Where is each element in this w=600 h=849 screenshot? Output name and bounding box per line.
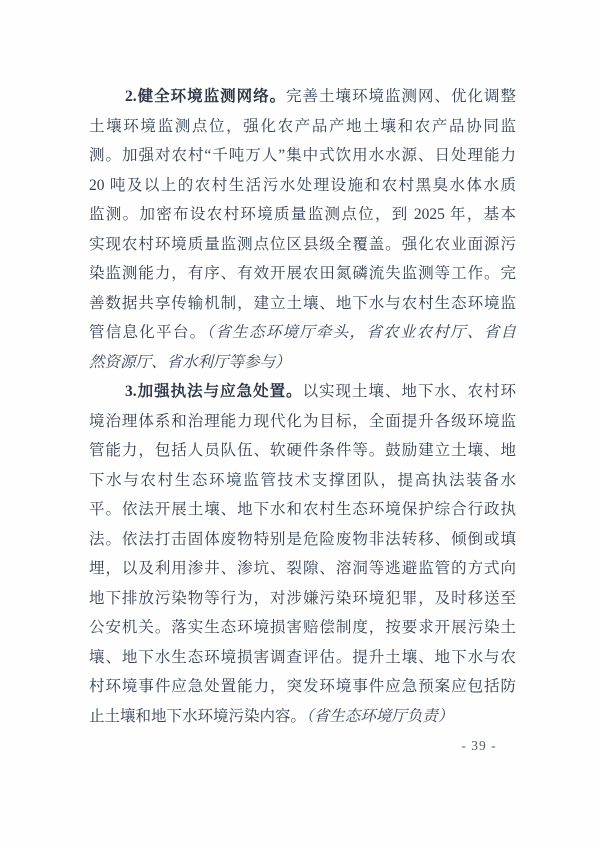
text-line: 监测。加密布设农村环境质量监测点位，到 2025 年，基本: [89, 200, 516, 230]
body-text: 法。依法打击固体废物特别是危险废物非法转移、倾倒或填: [89, 531, 516, 548]
text-line: 测。加强对农村“千吨万人”集中式饮用水水源、日处理能力: [89, 141, 516, 171]
body-text: 监测。加密布设农村环境质量监测点位，到 2025 年，基本: [89, 206, 516, 223]
text-line: 3.加强执法与应急处置。以实现土壤、地下水、农村环: [89, 377, 516, 407]
clause-heading: 2.健全环境监测网络。: [125, 88, 286, 105]
text-line: 地下排放污染物等行为，对涉嫌污染环境犯罪，及时移送至: [89, 584, 516, 614]
clause-2-monitoring-network: 2.健全环境监测网络。完善土壤环境监测网、优化调整土壤环境监测点位，强化农产品产…: [89, 82, 516, 377]
body-text: 公安机关。落实生态环境损害赔偿制度，按要求开展污染土: [89, 619, 516, 636]
body-text: 染监测能力，有序、有效开展农田氮磷流失监测等工作。完: [89, 265, 516, 282]
text-line: 平。依法开展土壤、地下水和农村生态环境保护综合行政执: [89, 495, 516, 525]
body-text: 完善土壤环境监测网、优化调整: [286, 88, 516, 105]
text-line: 管能力，包括人员队伍、软硬件条件等。鼓励建立土壤、地: [89, 436, 516, 466]
text-line: 土壤环境监测点位，强化农产品产地土壤和农产品协同监: [89, 112, 516, 142]
text-line: 下水与农村生态环境监管技术支撑团队，提高执法装备水: [89, 466, 516, 496]
text-line: 公安机关。落实生态环境损害赔偿制度，按要求开展污染土: [89, 613, 516, 643]
document-page: 2.健全环境监测网络。完善土壤环境监测网、优化调整土壤环境监测点位，强化农产品产…: [0, 0, 600, 849]
body-text: 管信息化平台。: [89, 324, 206, 341]
body-text: 埋，以及利用渗井、渗坑、裂隙、溶洞等逃避监管的方式向: [89, 560, 516, 577]
body-text: 境治理体系和治理能力现代化为目标，全面提升各级环境监: [89, 413, 516, 430]
body-text: 地下排放污染物等行为，对涉嫌污染环境犯罪，及时移送至: [89, 590, 516, 607]
text-line: 村环境事件应急处置能力，突发环境事件应急预案应包括防: [89, 672, 516, 702]
text-line: 善数据共享传输机制，建立土壤、地下水与农村生态环境监: [89, 289, 516, 319]
text-line: 然资源厅、省水利厅等参与）: [89, 348, 516, 378]
body-text: 以实现土壤、地下水、农村环: [303, 383, 516, 400]
text-line: 实现农村环境质量监测点位区县级全覆盖。强化农业面源污: [89, 230, 516, 260]
document-body: 2.健全环境监测网络。完善土壤环境监测网、优化调整土壤环境监测点位，强化农产品产…: [89, 82, 516, 731]
responsible-department-note: （省生态环境厅牵头，省农业农村厅、省自: [206, 324, 516, 341]
responsible-department-note: 然资源厅、省水利厅等参与）: [89, 354, 291, 371]
text-line: 2.健全环境监测网络。完善土壤环境监测网、优化调整: [89, 82, 516, 112]
clause-heading: 3.加强执法与应急处置。: [125, 383, 303, 400]
body-text: 下水与农村生态环境监管技术支撑团队，提高执法装备水: [89, 472, 516, 489]
text-line: 止土壤和地下水环境污染内容。（省生态环境厅负责）: [89, 702, 516, 732]
text-line: 染监测能力，有序、有效开展农田氮磷流失监测等工作。完: [89, 259, 516, 289]
body-text: 壤、地下水生态环境损害调查评估。提升土壤、地下水与农: [89, 649, 516, 666]
body-text: 20 吨及以上的农村生活污水处理设施和农村黑臭水体水质: [89, 177, 516, 194]
text-line: 埋，以及利用渗井、渗坑、裂隙、溶洞等逃避监管的方式向: [89, 554, 516, 584]
body-text: 测。加强对农村“千吨万人”集中式饮用水水源、日处理能力: [89, 147, 516, 164]
clause-3-enforcement-emergency: 3.加强执法与应急处置。以实现土壤、地下水、农村环境治理体系和治理能力现代化为目…: [89, 377, 516, 731]
body-text: 实现农村环境质量监测点位区县级全覆盖。强化农业面源污: [89, 236, 516, 253]
body-text: 平。依法开展土壤、地下水和农村生态环境保护综合行政执: [89, 501, 516, 518]
body-text: 土壤环境监测点位，强化农产品产地土壤和农产品协同监: [89, 118, 516, 135]
page-number: - 39 -: [448, 737, 510, 755]
body-text: 善数据共享传输机制，建立土壤、地下水与农村生态环境监: [89, 295, 516, 312]
text-line: 法。依法打击固体废物特别是危险废物非法转移、倾倒或填: [89, 525, 516, 555]
body-text: 村环境事件应急处置能力，突发环境事件应急预案应包括防: [89, 678, 516, 695]
text-line: 管信息化平台。（省生态环境厅牵头，省农业农村厅、省自: [89, 318, 516, 348]
body-text: 管能力，包括人员队伍、软硬件条件等。鼓励建立土壤、地: [89, 442, 516, 459]
body-text: 止土壤和地下水环境污染内容。: [89, 708, 306, 725]
text-line: 20 吨及以上的农村生活污水处理设施和农村黑臭水体水质: [89, 171, 516, 201]
text-line: 境治理体系和治理能力现代化为目标，全面提升各级环境监: [89, 407, 516, 437]
text-line: 壤、地下水生态环境损害调查评估。提升土壤、地下水与农: [89, 643, 516, 673]
responsible-department-note: （省生态环境厅负责）: [306, 708, 453, 725]
